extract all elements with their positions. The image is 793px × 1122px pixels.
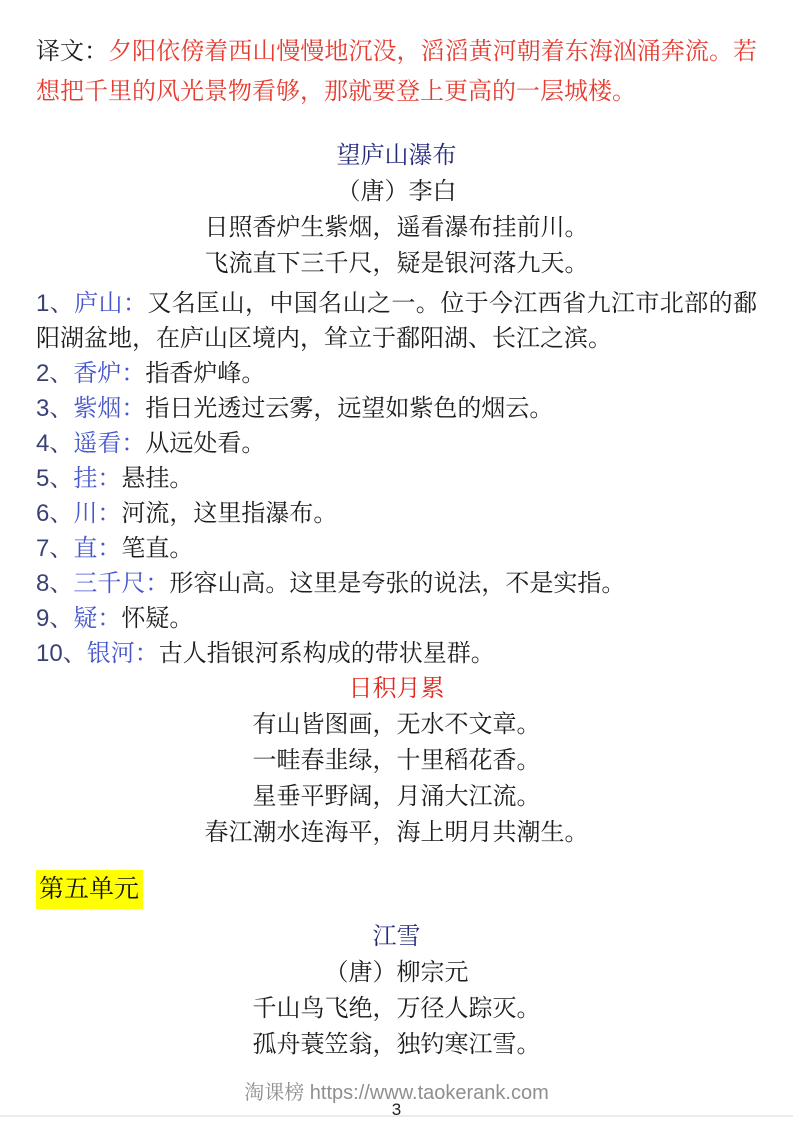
- annotation-definition: 怀疑。: [121, 605, 193, 632]
- annotation-number: 10、: [36, 640, 87, 667]
- poem-title: 望庐山瀑布: [36, 138, 757, 174]
- translation-label: 译文：: [36, 38, 108, 65]
- annotation-number: 6、: [36, 500, 73, 527]
- annotation-term: 疑：: [73, 605, 121, 632]
- annotation-number: 8、: [36, 570, 73, 597]
- annotation-number: 4、: [36, 430, 73, 457]
- annotation-term: 三千尺：: [73, 570, 169, 597]
- poem-title: 江雪: [36, 919, 757, 955]
- poem-author: （唐）柳宗元: [36, 955, 757, 991]
- poem-jiangxue-block: 江雪 （唐）柳宗元 千山鸟飞绝，万径人踪灭。 孤舟蓑笠翁，独钓寒江雪。: [36, 919, 757, 1063]
- poem-luohanshan-block: 望庐山瀑布 （唐）李白 日照香炉生紫烟，遥看瀑布挂前川。 飞流直下三千尺，疑是银…: [36, 138, 757, 282]
- translation-paragraph: 译文：夕阳依傍着西山慢慢地沉没，滔滔黄河朝着东海汹涌奔流。若想把千里的风光景物看…: [36, 32, 757, 112]
- annotation-item: 5、挂：悬挂。: [36, 461, 757, 496]
- annotation-number: 3、: [36, 395, 73, 422]
- annotation-term: 银河：: [87, 640, 159, 667]
- accumulation-heading: 日积月累: [36, 671, 757, 707]
- annotation-definition: 古人指银河系构成的带状星群。: [159, 640, 495, 667]
- annotation-definition: 笔直。: [121, 535, 193, 562]
- annotation-number: 2、: [36, 360, 73, 387]
- annotation-term: 直：: [73, 535, 121, 562]
- poem-author: （唐）李白: [36, 174, 757, 210]
- bottom-divider: [0, 1115, 793, 1117]
- annotation-term: 挂：: [73, 465, 121, 492]
- annotation-definition: 河流，这里指瀑布。: [121, 500, 337, 527]
- annotation-item: 4、遥看：从远处看。: [36, 426, 757, 461]
- translation-text: 夕阳依傍着西山慢慢地沉没，滔滔黄河朝着东海汹涌奔流。若想把千里的风光景物看够，那…: [36, 38, 757, 105]
- annotation-term: 庐山：: [74, 290, 147, 317]
- annotation-item: 6、川：河流，这里指瀑布。: [36, 496, 757, 531]
- accumulation-line: 星垂平野阔，月涌大江流。: [36, 779, 757, 815]
- annotation-term: 香炉：: [73, 360, 145, 387]
- accumulation-line: 有山皆图画，无水不文章。: [36, 707, 757, 743]
- poem-line: 千山鸟飞绝，万径人踪灭。: [36, 991, 757, 1027]
- annotation-item: 7、直：笔直。: [36, 531, 757, 566]
- unit-heading-row: 第五单元: [36, 870, 757, 910]
- accumulation-block: 日积月累 有山皆图画，无水不文章。 一畦春韭绿，十里稻花香。 星垂平野阔，月涌大…: [36, 671, 757, 851]
- poem-line: 飞流直下三千尺，疑是银河落九天。: [36, 246, 757, 282]
- page-number: 3: [36, 1100, 757, 1120]
- annotation-item: 10、银河：古人指银河系构成的带状星群。: [36, 636, 757, 671]
- annotation-term: 遥看：: [73, 430, 145, 457]
- document-page: 译文：夕阳依傍着西山慢慢地沉没，滔滔黄河朝着东海汹涌奔流。若想把千里的风光景物看…: [0, 32, 793, 1120]
- annotations-list: 1、庐山：又名匡山，中国名山之一。位于今江西省九江市北部的鄱阳湖盆地，在庐山区境…: [36, 286, 757, 671]
- annotation-definition: 指日光透过云雾，远望如紫色的烟云。: [145, 395, 553, 422]
- poem-line: 日照香炉生紫烟，遥看瀑布挂前川。: [36, 210, 757, 246]
- annotation-definition: 从远处看。: [145, 430, 265, 457]
- annotation-item: 1、庐山：又名匡山，中国名山之一。位于今江西省九江市北部的鄱阳湖盆地，在庐山区境…: [36, 286, 757, 356]
- annotation-number: 5、: [36, 465, 73, 492]
- annotation-term: 川：: [73, 500, 121, 527]
- annotation-number: 9、: [36, 605, 73, 632]
- annotation-term: 紫烟：: [73, 395, 145, 422]
- annotation-definition: 形容山高。这里是夸张的说法，不是实指。: [169, 570, 625, 597]
- unit-5-heading: 第五单元: [36, 870, 143, 909]
- annotation-item: 3、紫烟：指日光透过云雾，远望如紫色的烟云。: [36, 391, 757, 426]
- poem-line: 孤舟蓑笠翁，独钓寒江雪。: [36, 1027, 757, 1063]
- accumulation-line: 春江潮水连海平，海上明月共潮生。: [36, 815, 757, 851]
- annotation-item: 8、三千尺：形容山高。这里是夸张的说法，不是实指。: [36, 566, 757, 601]
- annotation-definition: 悬挂。: [121, 465, 193, 492]
- annotation-item: 9、疑：怀疑。: [36, 601, 757, 636]
- annotation-item: 2、香炉：指香炉峰。: [36, 356, 757, 391]
- annotation-number: 7、: [36, 535, 73, 562]
- accumulation-line: 一畦春韭绿，十里稻花香。: [36, 743, 757, 779]
- annotation-number: 1、: [36, 290, 74, 317]
- annotation-definition: 指香炉峰。: [145, 360, 265, 387]
